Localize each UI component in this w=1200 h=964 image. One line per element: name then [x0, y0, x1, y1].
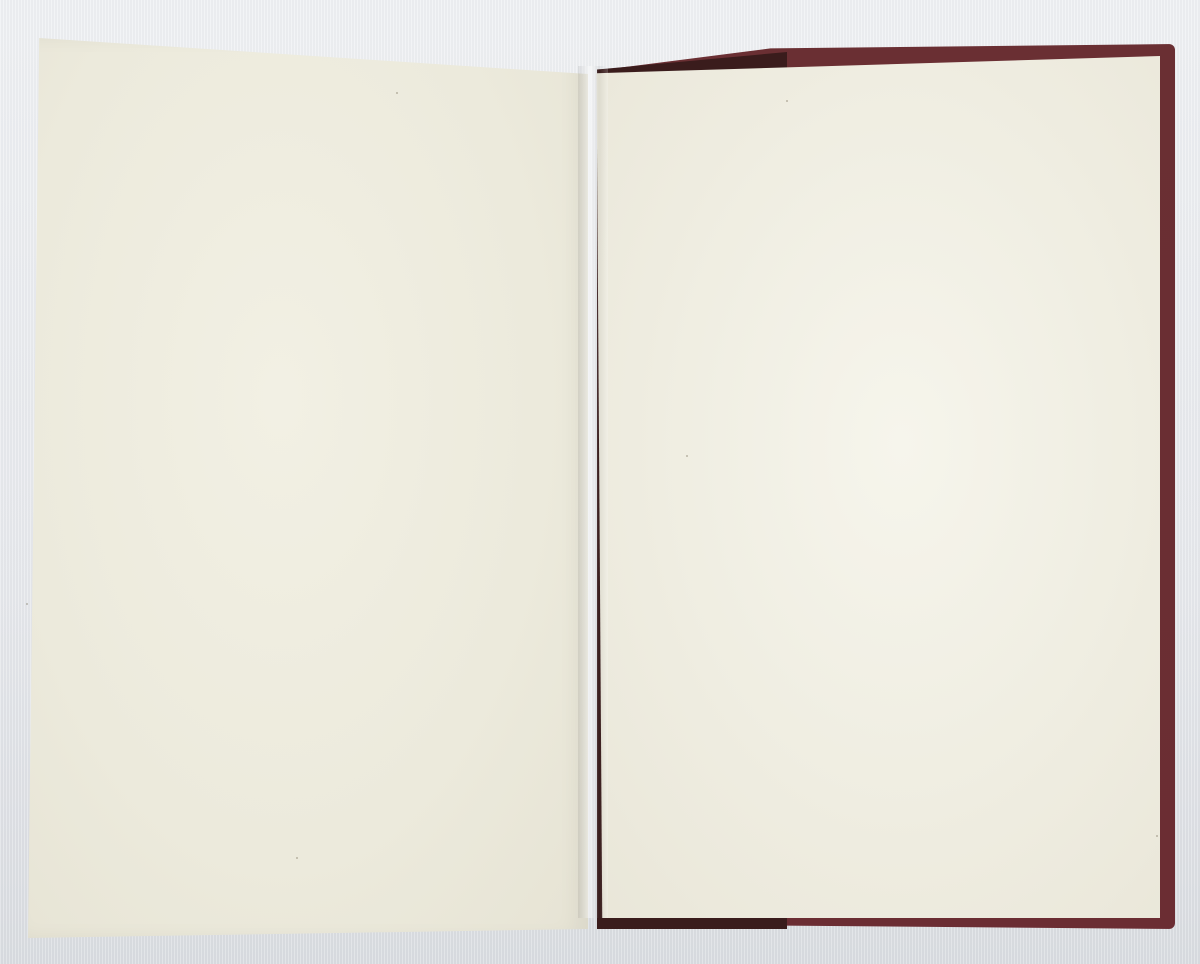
paper-speck — [296, 857, 298, 859]
book-gutter — [578, 66, 608, 918]
paper-speck — [396, 92, 398, 94]
paper-speck — [686, 455, 688, 457]
paper-speck — [786, 100, 788, 102]
paper-speck — [1156, 835, 1158, 837]
left-page — [28, 38, 588, 938]
right-page — [585, 56, 1160, 918]
paper-speck — [26, 603, 28, 605]
